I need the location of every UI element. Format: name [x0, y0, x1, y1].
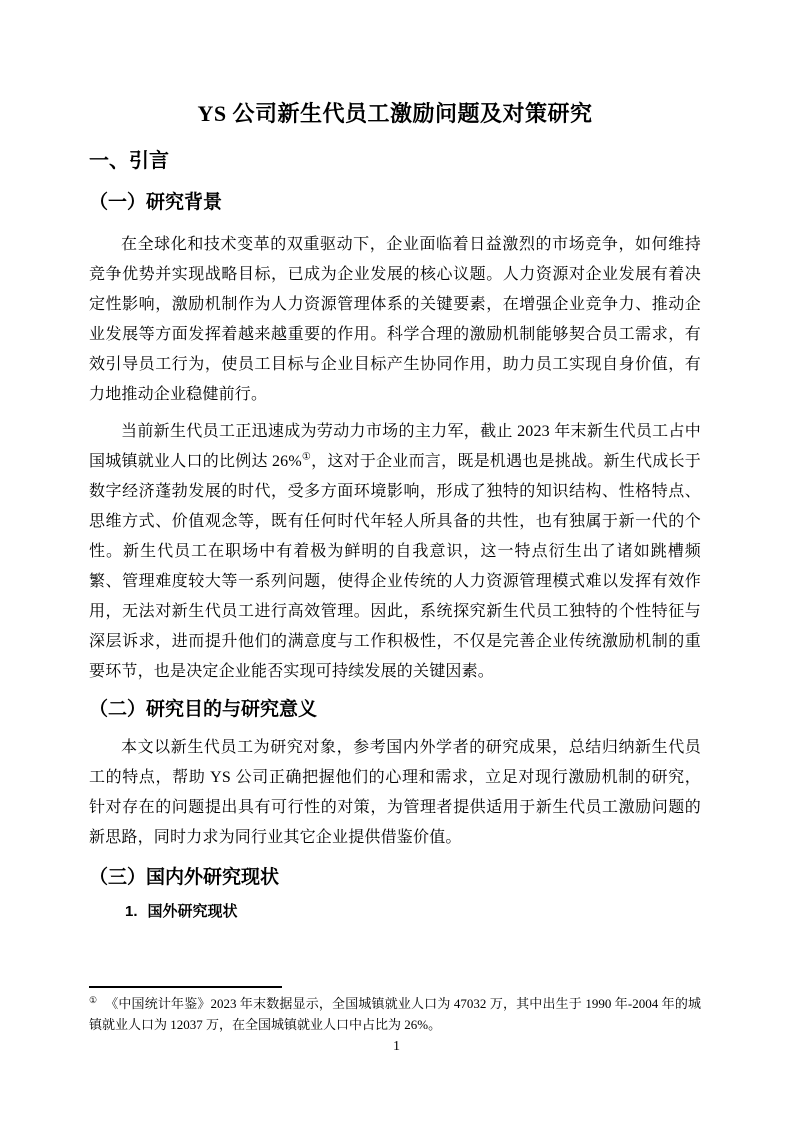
footnote: ①《中国统计年鉴》2023 年末数据显示，全国城镇就业人口为 47032 万，其…: [89, 993, 701, 1035]
paragraph-research-background-1: 在全球化和技术变革的双重驱动下，企业面临着日益激烈的市场竞争，如何维持竞争优势并…: [89, 230, 701, 410]
document-content: YS 公司新生代员工激励问题及对策研究 一、引言 （一）研究背景 在全球化和技术…: [89, 0, 701, 922]
footnote-reference-mark: ①: [302, 452, 311, 463]
document-title: YS 公司新生代员工激励问题及对策研究: [89, 0, 701, 128]
footnote-area: ①《中国统计年鉴》2023 年末数据显示，全国城镇就业人口为 47032 万，其…: [89, 986, 701, 1035]
document-page: YS 公司新生代员工激励问题及对策研究 一、引言 （一）研究背景 在全球化和技术…: [0, 0, 793, 1122]
heading-research-purpose-significance: （二）研究目的与研究意义: [89, 697, 701, 722]
paragraph-research-background-2: 当前新生代员工正迅速成为劳动力市场的主力军，截止 2023 年末新生代员工占中国…: [89, 417, 701, 687]
footnote-separator-line: [89, 986, 282, 988]
paragraph-research-purpose: 本文以新生代员工为研究对象，参考国内外学者的研究成果，总结归纳新生代员工的特点，…: [89, 733, 701, 853]
footnote-body-text: 《中国统计年鉴》2023 年末数据显示，全国城镇就业人口为 47032 万，其中…: [89, 996, 701, 1032]
heading-research-background: （一）研究背景: [89, 190, 701, 215]
subheading-foreign-research-status: 1.国外研究现状: [89, 902, 701, 922]
paragraph-text-after-footnote-ref: ，这对于企业而言，既是机遇也是挑战。新生代成长于数字经济蓬勃发展的时代，受多方面…: [89, 453, 701, 680]
subheading-number: 1.: [125, 902, 138, 922]
subheading-text: 国外研究现状: [148, 903, 238, 920]
footnote-mark: ①: [89, 995, 97, 1005]
page-number: 1: [0, 1038, 793, 1056]
heading-research-status: （三）国内外研究现状: [89, 865, 701, 890]
heading-introduction: 一、引言: [89, 148, 701, 174]
